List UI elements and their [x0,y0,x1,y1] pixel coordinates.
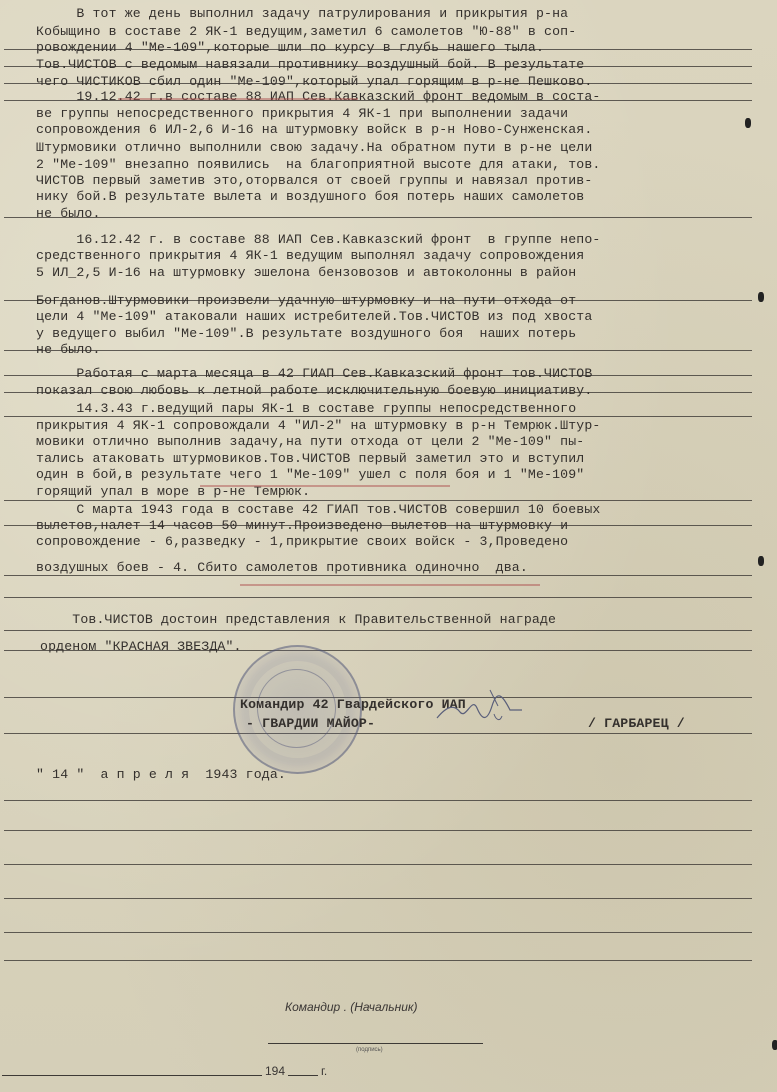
award-recommendation-line-2: орденом "КРАСНАЯ ЗВЕЗДА". [40,639,777,655]
signature-blank [268,1043,483,1044]
report-text-line: Тов.ЧИСТОВ с ведомым навязали противнику… [36,57,777,73]
scan-speck [772,1040,777,1050]
scan-speck [758,292,764,302]
report-text-line: показал свою любовь к летной работе искл… [36,383,777,399]
ruled-line [4,960,752,961]
report-text-line: нику бой.В результате вылета и воздушног… [36,189,777,205]
report-text-line: Богданов.Штурмовики произвели удачную шт… [36,293,777,309]
date-blank [2,1075,262,1076]
ruled-line [4,830,752,831]
red-underline [200,485,450,487]
report-text-line: сопровождение - 6,разведку - 1,прикрытие… [36,534,777,550]
report-text-line: ровождении 4 "Ме-109",которые шли по кур… [36,40,777,56]
report-text-line: 2 "Ме-109" внезапно появились на благопр… [36,157,777,173]
report-text-line: не было. [36,342,777,358]
report-text-line: 16.12.42 г. в составе 88 ИАП Сев.Кавказс… [36,232,777,248]
year-prefix: 194 [265,1064,285,1078]
ruled-line [4,864,752,865]
ruled-line [4,898,752,899]
handwritten-signature [432,686,532,726]
commander-label: Командир . (Начальник) [285,1000,418,1014]
report-text-line: 14.3.43 г.ведущий пары ЯК-1 в составе гр… [36,401,777,417]
report-text-line: у ведущего выбил "Ме-109".В результате в… [36,326,777,342]
report-text-line: цели 4 "Ме-109" атаковали наших истребит… [36,309,777,325]
report-text-line: 19.12.42 г.в составе 88 ИАП Сев.Кавказск… [36,89,777,105]
award-recommendation-line-1: Тов.ЧИСТОВ достоин представления к Прави… [40,612,777,628]
ruled-line [4,597,752,598]
report-text-line: один в бой,в результате чего 1 "Ме-109" … [36,467,777,483]
year-blank [288,1075,318,1076]
document-page: В тот же день выполнил задачу патрулиров… [0,0,777,1092]
year-suffix: г. [321,1064,327,1078]
report-text-line: мовики отлично выполнив задачу,на пути о… [36,434,777,450]
report-text-line: тались атаковать штурмовиков.Тов.ЧИСТОВ … [36,451,777,467]
report-text-line: С марта 1943 года в составе 42 ГИАП тов.… [36,502,777,518]
ruled-line [4,500,752,501]
scan-speck [745,118,751,128]
ruled-line [4,630,752,631]
report-text-line: ЧИСТОВ первый заметив это,оторвался от с… [36,173,777,189]
report-text-line: 5 ИЛ_2,5 И-16 на штурмовку эшелона бензо… [36,265,777,281]
report-text-line: В тот же день выполнил задачу патрулиров… [36,6,777,22]
report-text-line: средственного прикрытия 4 ЯК-1 ведущим в… [36,248,777,264]
report-text-line: не было. [36,206,777,222]
ruled-line [4,800,752,801]
report-text-line: вылетов,налет 14 часов 50 минут.Произвед… [36,518,777,534]
report-text-line: Работая с марта месяца в 42 ГИАП Сев.Кав… [36,366,777,382]
report-text-line: чего ЧИСТИКОВ сбил один "Ме-109",который… [36,74,777,90]
ruled-line [4,733,752,734]
red-underline [240,584,540,586]
scan-speck [758,556,764,566]
report-text-line: воздушных боев - 4. Сбито самолетов прот… [36,560,777,576]
report-text-line: Кобыщино в составе 2 ЯК-1 ведущим,замети… [36,24,777,40]
signature-caption: (подпись) [356,1047,383,1053]
red-underline [118,98,358,100]
ruled-line [4,932,752,933]
report-text-line: прикрытия 4 ЯК-1 сопровождали 4 "ИЛ-2" н… [36,418,777,434]
report-text-line: Штурмовики отлично выполнили свою задачу… [36,140,777,156]
signatory-name: / ГАРБАРЕЦ / [588,716,777,732]
date-line: " 14 " а п р е л я 1943 года. [36,767,777,783]
report-text-line: ве группы непосредственного прикрытия 4 … [36,106,777,122]
report-text-line: сопровождения 6 ИЛ-2,6 И-16 на штурмовку… [36,122,777,138]
